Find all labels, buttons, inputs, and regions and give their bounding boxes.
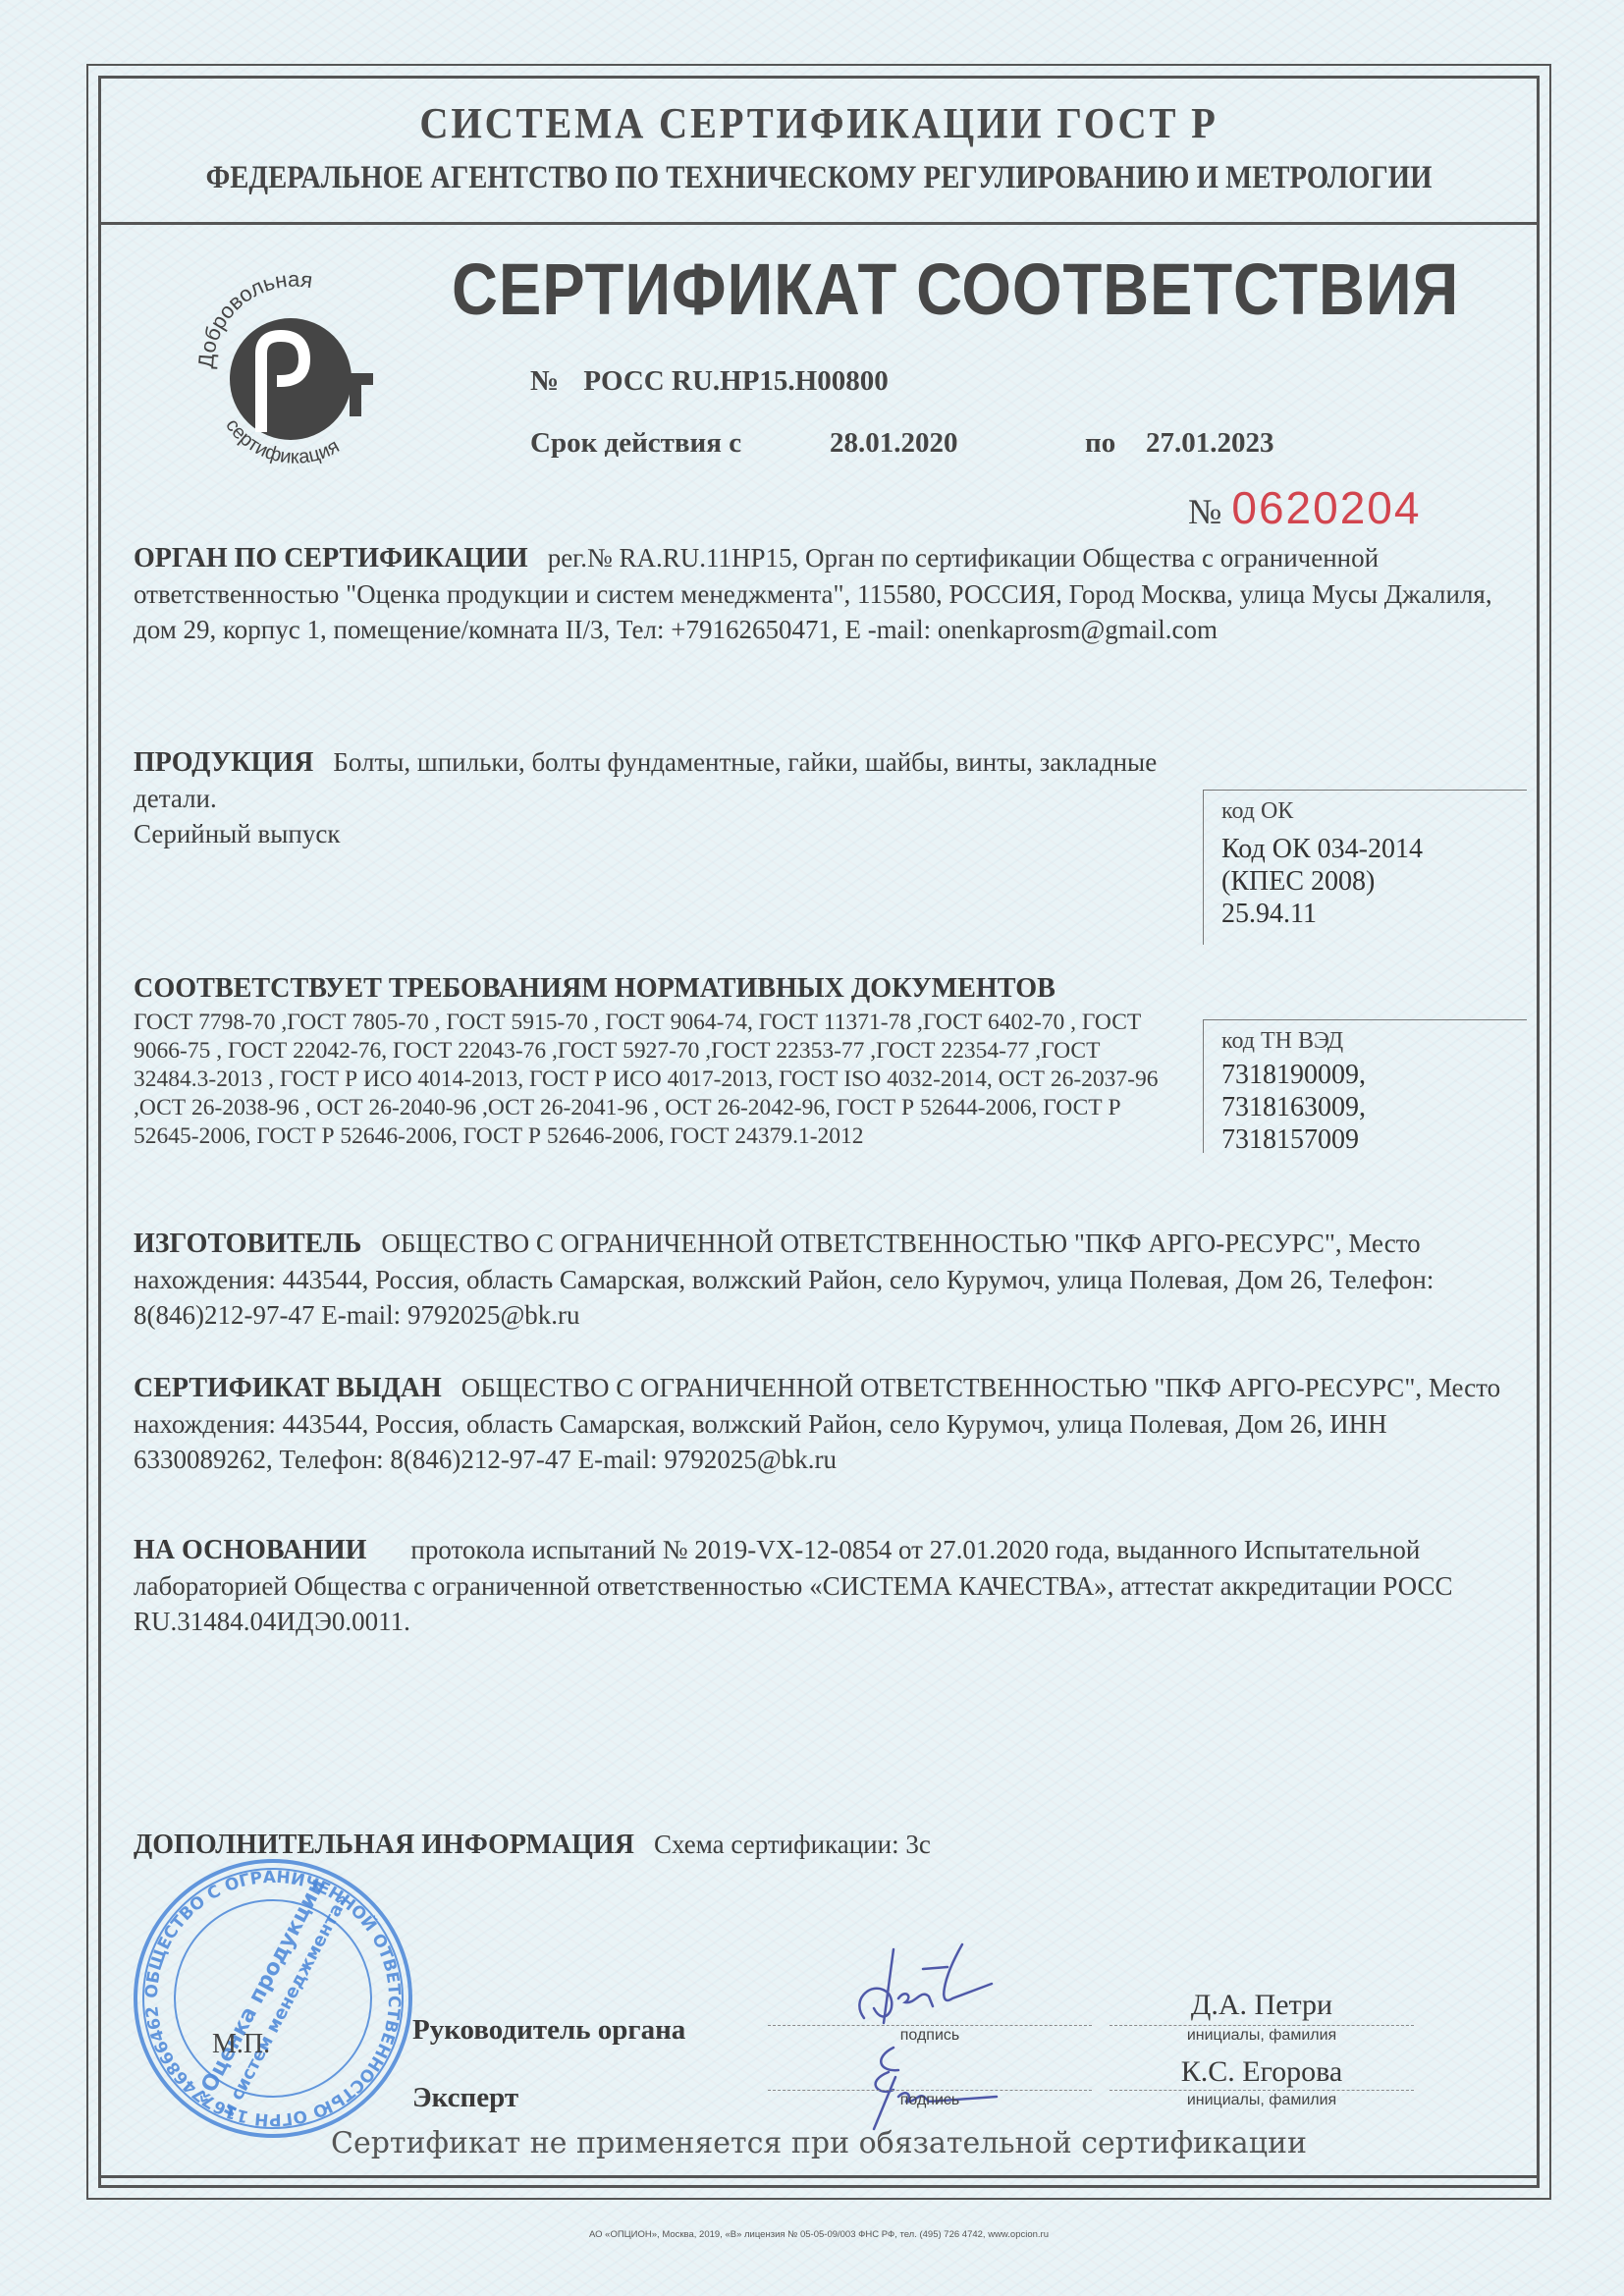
section-basis: НА ОСНОВАНИИпротокола испытаний № 2019-V… [134, 1532, 1508, 1639]
section-manufacturer: ИЗГОТОВИТЕЛЬОБЩЕСТВО С ОГРАНИЧЕННОЙ ОТВЕ… [134, 1226, 1508, 1333]
code-tnved-line: 7318163009, [1221, 1091, 1527, 1123]
valid-from: 28.01.2020 [830, 427, 1085, 460]
code-ok-box: код ОК Код ОК 034-2014 (КПЕС 2008) 25.94… [1203, 790, 1527, 945]
expert-role-label: Эксперт [412, 2082, 518, 2114]
head-name: Д.А. Петри [1110, 1989, 1414, 2022]
section-issued-to: СЕРТИФИКАТ ВЫДАНОБЩЕСТВО С ОГРАНИЧЕННОЙ … [134, 1370, 1508, 1477]
printer-imprint: АО «ОПЦИОН», Москва, 2019, «В» лицензия … [98, 2229, 1540, 2240]
compliance-heading: СООТВЕТСТВУЕТ ТРЕБОВАНИЯМ НОРМАТИВНЫХ ДО… [134, 972, 1056, 1005]
section-heading: ПРОДУКЦИЯ [134, 747, 313, 778]
section-heading: НА ОСНОВАНИИ [134, 1535, 366, 1565]
section-certification-body: ОРГАН ПО СЕРТИФИКАЦИИрег.№ RA.RU.11НР15,… [134, 540, 1508, 647]
system-title: СИСТЕМА СЕРТИФИКАЦИИ ГОСТ Р [156, 98, 1483, 148]
validity-period: Срок действия с28.01.2020по27.01.2023 [530, 427, 1274, 460]
head-name-line [1110, 2025, 1414, 2026]
blank-number-sign: № [1188, 492, 1221, 531]
section-heading: ИЗГОТОВИТЕЛЬ [134, 1229, 361, 1259]
compliance-standards: ГОСТ 7798-70 ,ГОСТ 7805-70 , ГОСТ 5915-7… [134, 1009, 1174, 1151]
code-tnved-line: 7318157009 [1221, 1123, 1527, 1156]
expert-signature-icon [854, 2043, 1001, 2131]
seal-place-label: М.П. [212, 2029, 270, 2060]
disclaimer: Сертификат не применяется при обязательн… [98, 2126, 1540, 2160]
seal-stamp-icon: ОБЩЕСТВО С ОГРАНИЧЕННОЙ ОТВЕТСТВЕННОСТЬЮ… [126, 1851, 420, 2146]
rst-logo-icon: Добровольная сертификация [187, 263, 403, 479]
code-tnved-line: 7318190009, [1221, 1059, 1527, 1091]
agency-name: ФЕДЕРАЛЬНОЕ АГЕНТСТВО ПО ТЕХНИЧЕСКОМУ РЕ… [191, 160, 1445, 196]
expert-signature-line [768, 2090, 1092, 2091]
blank-number-value: 0620204 [1231, 482, 1421, 533]
signature-caption: подпись [768, 2027, 1092, 2045]
code-ok-line: (КПЕС 2008) [1221, 865, 1527, 898]
section-heading: ОРГАН ПО СЕРТИФИКАЦИИ [134, 543, 528, 574]
section-text: Схема сертификации: 3с [654, 1830, 931, 1859]
footer-divider [98, 2175, 1540, 2178]
section-heading: СЕРТИФИКАТ ВЫДАН [134, 1373, 442, 1403]
head-signature-line [768, 2025, 1092, 2026]
name-caption: инициалы, фамилия [1110, 2092, 1414, 2109]
validity-label: Срок действия с [530, 427, 830, 460]
certificate-title: СЕРТИФИКАТ СООТВЕТСТВИЯ [452, 247, 1459, 331]
expert-name: К.С. Егорова [1110, 2055, 1414, 2089]
expert-name-line [1110, 2090, 1414, 2091]
name-caption: инициалы, фамилия [1110, 2027, 1414, 2045]
section-product: ПРОДУКЦИЯБолты, шпильки, болты фундамент… [134, 744, 1164, 851]
code-ok-caption: код ОК [1221, 798, 1527, 825]
release-type: Серийный выпуск [134, 816, 1164, 851]
registration-number: № РОСС RU.НР15.Н00800 [530, 365, 889, 398]
head-role-label: Руководитель органа [412, 2014, 685, 2047]
blank-number: №0620204 [1188, 481, 1421, 534]
code-ok-line: Код ОК 034-2014 [1221, 833, 1527, 865]
header-divider [98, 222, 1540, 225]
head-signature-icon [844, 1940, 1001, 2033]
code-tnved-caption: код ТН ВЭД [1221, 1028, 1527, 1055]
code-tnved-box: код ТН ВЭД 7318190009, 7318163009, 73181… [1203, 1019, 1527, 1153]
number-sign: № [530, 365, 559, 397]
code-ok-line: 25.94.11 [1221, 898, 1527, 930]
valid-to: 27.01.2023 [1146, 427, 1274, 459]
valid-to-label: по [1085, 427, 1146, 460]
certificate-number: РОСС RU.НР15.Н00800 [583, 365, 888, 397]
signature-caption: подпись [768, 2092, 1092, 2109]
